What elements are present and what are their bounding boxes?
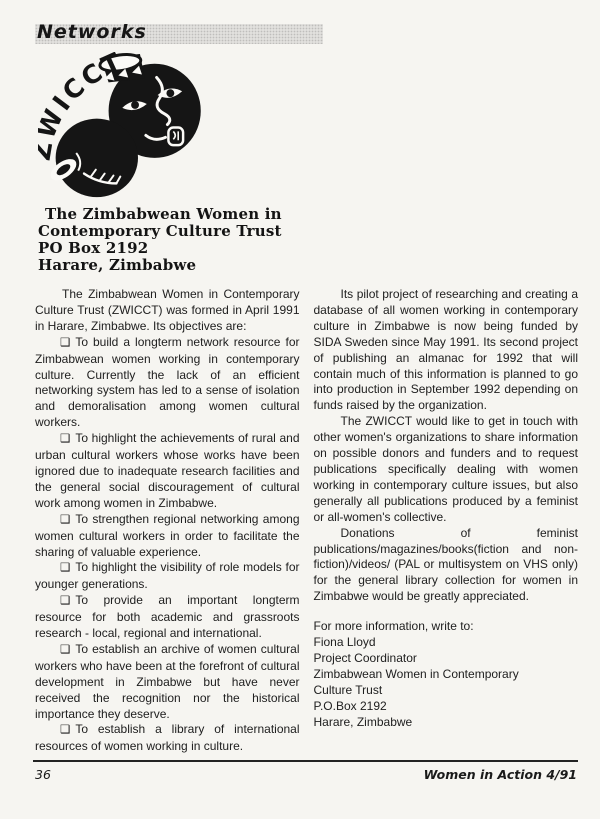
checkbox-bullet-icon: ❑ [60,595,70,607]
objective-item: ❑To build a longterm network resource fo… [35,335,300,431]
contact-line: Harare, Zimbabwe [314,715,579,731]
checkbox-bullet-icon: ❑ [60,337,70,349]
contact-line: Fiona Lloyd [314,635,579,651]
intro-paragraph: The Zimbabwean Women in Contemporary Cul… [35,287,300,335]
contact-lines: Fiona LloydProject CoordinatorZimbabwean… [314,635,579,730]
right-column: Its pilot project of researching and cre… [314,287,579,755]
contact-line: Zimbabwean Women in Contemporary [314,667,579,683]
objective-text: To provide an important longterm resourc… [35,593,300,640]
objective-text: To establish an archive of women cultura… [35,642,300,721]
footer-rule [33,760,578,762]
magazine-page: Networks [0,24,600,782]
checkbox-bullet-icon: ❑ [60,433,70,445]
left-pupil [131,101,139,109]
right-pupil [166,89,174,97]
right-paragraphs: Its pilot project of researching and cre… [314,287,579,605]
section-title: Networks [37,21,147,43]
objective-text: To highlight the visibility of role mode… [35,560,300,591]
contact-line: Culture Trust [314,683,579,699]
body-paragraph: Its pilot project of researching and cre… [314,287,579,414]
objectives-list: ❑To build a longterm network resource fo… [35,335,300,756]
heading-line: Harare, Zimbabwe [38,257,600,274]
checkbox-bullet-icon: ❑ [60,562,70,574]
objective-item: ❑To highlight the visibility of role mod… [35,560,300,593]
objective-item: ❑To provide an important longterm resour… [35,593,300,642]
checkbox-bullet-icon: ❑ [60,514,70,526]
networks-header-bar: Networks [35,24,323,44]
contact-block: For more information, write to: Fiona Ll… [314,619,579,730]
heading-line: Contemporary Culture Trust [38,223,600,240]
objective-item: ❑To highlight the achievements of rural … [35,431,300,512]
org-address-heading: The Zimbabwean Women inContemporary Cult… [38,206,600,274]
zwicct-logo: ZWICCT [38,52,238,204]
publication-title: Women in Action 4/91 [424,767,577,782]
contact-line: P.O.Box 2192 [314,699,579,715]
contact-line: Project Coordinator [314,651,579,667]
checkbox-bullet-icon: ❑ [60,644,70,656]
left-column: The Zimbabwean Women in Contemporary Cul… [35,287,300,755]
body-paragraph: Donations of feminist publications/magaz… [314,526,579,606]
page-footer: 36 Women in Action 4/91 [35,767,577,782]
article-body: The Zimbabwean Women in Contemporary Cul… [35,287,578,755]
heading-line: PO Box 2192 [38,240,600,257]
objective-text: To establish a library of international … [35,722,300,753]
objective-text: To build a longterm network resource for… [35,335,300,430]
objective-text: To strengthen regional networking among … [35,512,300,559]
heading-line: The Zimbabwean Women in [38,206,600,223]
small-pot-shape [56,119,138,197]
page-number: 36 [35,767,51,782]
contact-intro: For more information, write to: [314,619,579,635]
objective-item: ❑To establish a library of international… [35,722,300,755]
objective-text: To highlight the achievements of rural a… [35,431,300,510]
pots-illustration: ZWICCT [38,52,201,197]
checkbox-bullet-icon: ❑ [60,724,70,736]
objective-item: ❑To strengthen regional networking among… [35,512,300,561]
body-paragraph: The ZWICCT would like to get in touch wi… [314,414,579,525]
objective-item: ❑To establish an archive of women cultur… [35,642,300,723]
